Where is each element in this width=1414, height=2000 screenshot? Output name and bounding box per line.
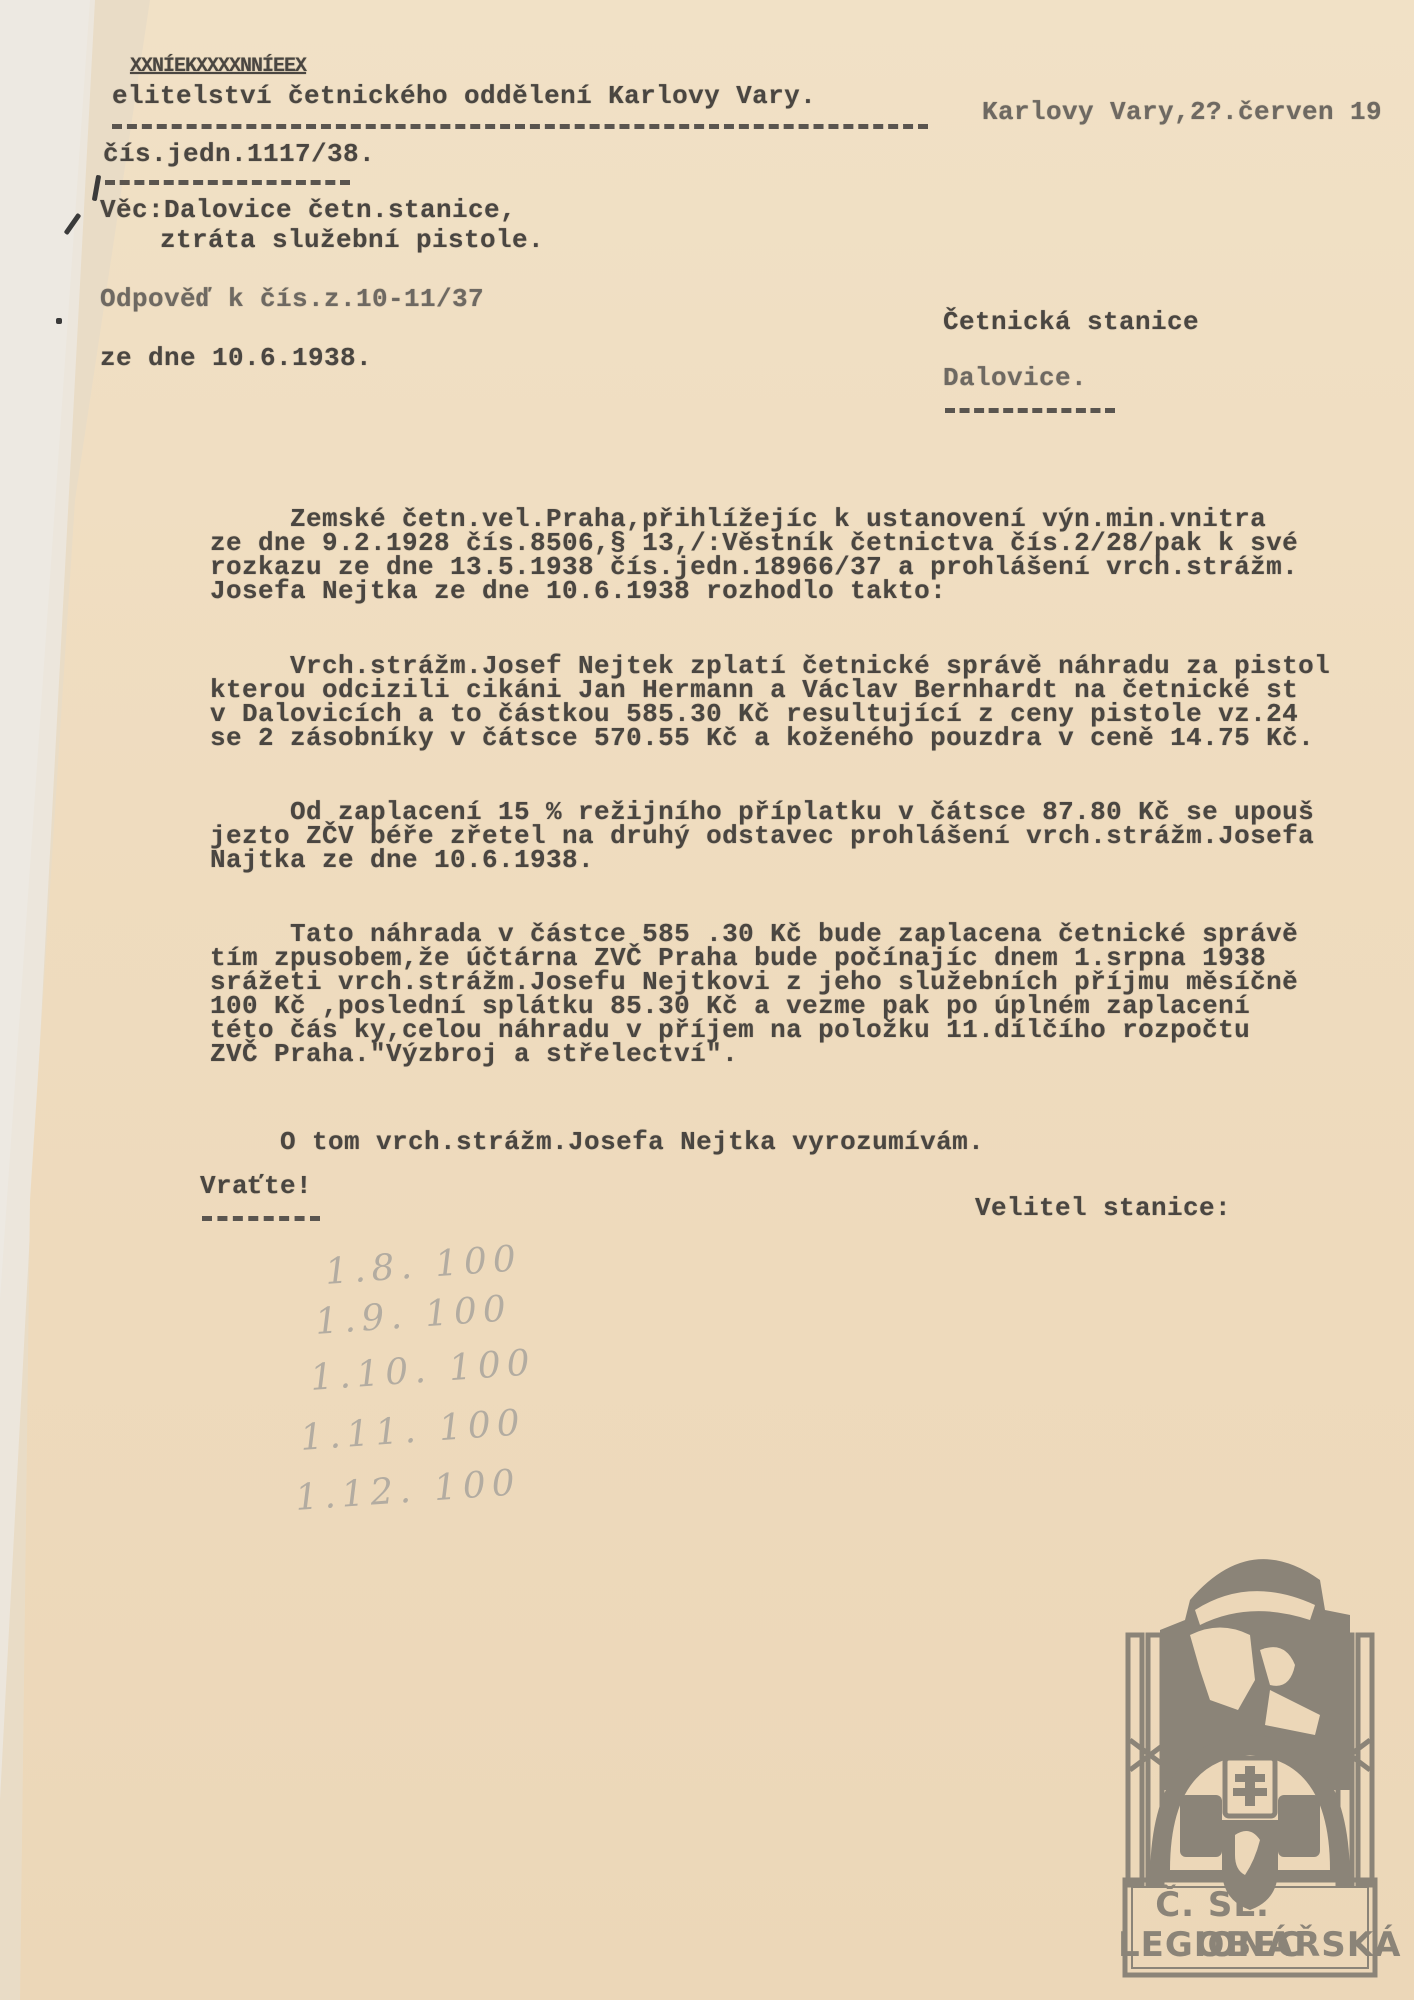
logo-caption-left: Č. SL. <box>1155 1885 1270 1925</box>
body-line: Najtka ze dne 10.6.1938. <box>210 846 594 875</box>
subject-line-1: Věc:Dalovice četn.stanice, <box>100 196 516 225</box>
logo-caption-line-2: LEGIONÁŘSKÁ <box>1118 1925 1380 1965</box>
struck-prefix: XXNÍEKXXXXNNÍEEX <box>130 52 306 81</box>
reference-number: čís.jedn.1117/38. <box>103 140 375 169</box>
divider <box>112 124 928 129</box>
divider <box>105 180 350 185</box>
signature-label: Velitel stanice: <box>975 1194 1231 1223</box>
body-line: se 2 zásobníky v čátsce 570.55 Kč a kože… <box>210 724 1314 753</box>
staple-mark <box>56 318 62 324</box>
recipient-line-2: Dalovice. <box>943 364 1087 393</box>
subject-line-2: ztráta služební pistole. <box>160 226 544 255</box>
body-line: O tom vrch.strážm.Josefa Nejtka vyrozumí… <box>200 1128 984 1157</box>
divider <box>945 408 1115 413</box>
recipient-line-1: Četnická stanice <box>943 308 1199 337</box>
place-date: Karlovy Vary,2?.červen 19 <box>982 98 1382 127</box>
body-line: ZVČ Praha."Výzbroj a střelectví". <box>210 1040 738 1069</box>
issuing-office: elitelství četnického oddělení Karlovy V… <box>112 82 816 111</box>
reply-date: ze dne 10.6.1938. <box>100 344 372 373</box>
reply-to: Odpověď k čís.z.10-11/37 <box>100 285 484 314</box>
body-line: Josefa Nejtka ze dne 10.6.1938 rozhodlo … <box>210 577 946 606</box>
return-note: Vraťte! <box>200 1172 312 1201</box>
divider <box>202 1216 320 1221</box>
